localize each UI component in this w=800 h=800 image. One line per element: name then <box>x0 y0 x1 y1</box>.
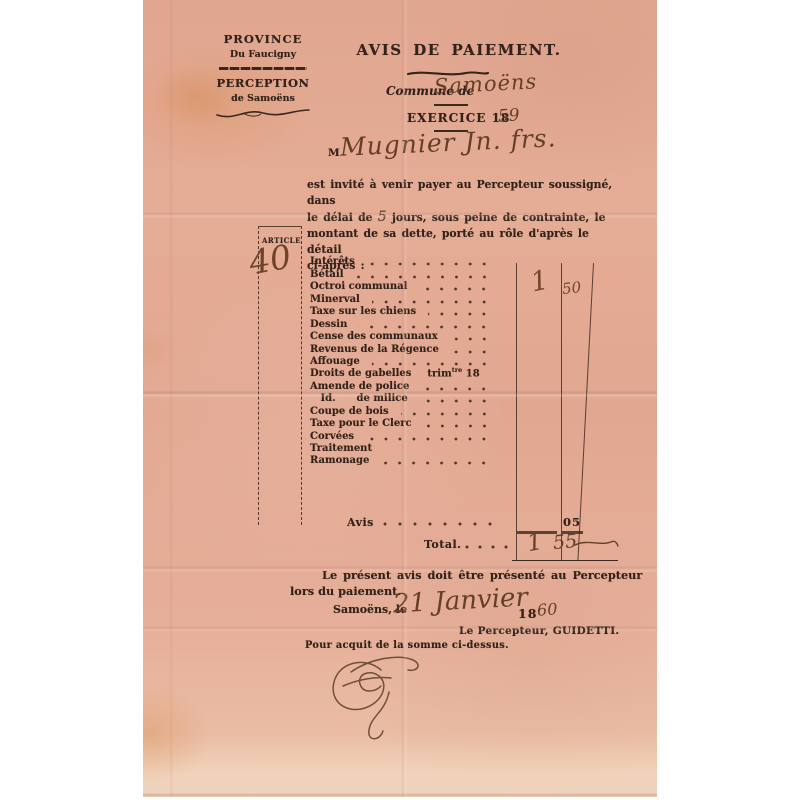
item-label: Taxe pour le Clerc <box>310 418 412 430</box>
dot-leader <box>450 337 496 341</box>
dot-leader <box>421 387 496 391</box>
commune-handwritten: Samoëns <box>433 69 537 98</box>
letterhead-perception-sub: de Samoëns <box>213 93 313 104</box>
dot-leader <box>451 350 496 354</box>
present-notice-line-1: Le présent avis doit être présenté au Pe… <box>322 568 642 582</box>
charge-item-row: Bétail <box>310 268 506 280</box>
notice-line-2: le délai de 5 jours, sous peine de contr… <box>307 209 613 226</box>
item-label: Traitement <box>310 443 372 455</box>
charge-item-row: Minerval <box>310 293 506 305</box>
dot-leader <box>372 300 496 304</box>
article-number-handwritten: 40 <box>246 237 294 283</box>
item-label: Id. de milice <box>310 393 408 405</box>
dot-leader <box>359 325 496 329</box>
item-label: Amende de police <box>310 381 409 393</box>
gabelles-note-base: trim <box>427 368 451 379</box>
signature-scribble <box>323 652 433 747</box>
year-printed: 18 <box>518 606 537 621</box>
charge-item-row: Revenus de la Régence <box>310 343 506 355</box>
dot-leader <box>366 437 496 441</box>
dot-leader <box>356 275 496 279</box>
item-label: Taxe sur les chiens <box>310 306 416 318</box>
dot-leader <box>381 461 496 465</box>
item-label: Cense des communaux <box>310 331 438 343</box>
gabelles-note-year: 18 <box>462 368 479 379</box>
charge-item-row: Amende de police <box>310 380 506 392</box>
dot-leader <box>367 262 496 266</box>
item-label: Intérêts <box>310 256 355 268</box>
avis-centimes-printed: 05 <box>563 515 581 529</box>
charge-item-row: Dessin <box>310 318 506 330</box>
letterhead-perception: PERCEPTION <box>213 76 313 90</box>
letterhead-province-sub: Du Faucigny <box>213 49 313 60</box>
exercice-label: EXERCICE 18 <box>407 111 510 125</box>
letterhead-flourish <box>213 104 313 122</box>
scan-background: PROVINCE Du Faucigny PERCEPTION de Samoë… <box>0 0 800 800</box>
charge-items-list: Intérêts Bétail Octroi communal Minerval… <box>310 256 506 467</box>
charge-item-row: Coupe de bois <box>310 405 506 417</box>
charge-item-row-gabelles: Droits de gabelles trimtre 18 <box>310 368 506 380</box>
item-label: Coupe de bois <box>310 406 389 418</box>
page-title: AVIS DE PAIEMENT. <box>313 41 605 59</box>
addressee-label: M <box>328 147 340 159</box>
entry-centimes-handwritten: 50 <box>561 278 582 298</box>
acquit-line: Pour acquit de la somme ci-dessus. <box>305 640 509 651</box>
dot-leader <box>420 399 496 403</box>
charge-item-row: Id. de milice <box>310 393 506 405</box>
total-flourish <box>573 537 619 549</box>
total-label: Total. <box>424 538 461 551</box>
total-dot-leader <box>465 545 511 549</box>
notice-line-1: est invité à venir payer au Percepteur s… <box>307 177 613 209</box>
notice-line-2-after: jours, sous peine de contrainte, le <box>392 211 605 224</box>
amount-column-line-left <box>516 263 517 560</box>
amount-box-bottom-rule <box>512 560 618 561</box>
item-label: Droits de gabelles <box>310 368 411 380</box>
dot-leader <box>428 312 496 316</box>
exercice-handwritten: 59 <box>497 105 520 126</box>
avis-label: Avis <box>347 516 374 529</box>
year-handwritten: 60 <box>536 599 558 619</box>
charge-item-row: Cense des communaux <box>310 331 506 343</box>
letterhead-divider <box>219 67 307 70</box>
letterhead-province: PROVINCE <box>213 32 313 46</box>
charge-item-row: Ramonage <box>310 455 506 467</box>
dot-leader <box>401 412 496 416</box>
amount-column-line-middle <box>561 263 562 560</box>
date-handwritten: 21 Janvier <box>392 582 528 619</box>
addressee-handwritten: Mugnier Jn. frs. <box>339 123 557 161</box>
charge-item-row: Taxe pour le Clerc <box>310 418 506 430</box>
item-label: Minerval <box>310 294 360 306</box>
dot-leader <box>424 424 496 428</box>
dot-leader <box>419 287 496 291</box>
commune-rule <box>434 104 468 106</box>
charge-item-row: Octroi communal <box>310 281 506 293</box>
document-paper: PROVINCE Du Faucigny PERCEPTION de Samoë… <box>143 0 657 797</box>
percepteur-signature-line: Le Percepteur, GUIDETTI. <box>459 625 619 637</box>
notice-line-3: montant de sa dette, porté au rôle d'apr… <box>307 226 613 258</box>
gabelles-note-sup: tre <box>452 366 463 374</box>
charge-item-row: Taxe sur les chiens <box>310 306 506 318</box>
letterhead: PROVINCE Du Faucigny PERCEPTION de Samoë… <box>213 32 313 122</box>
delay-handwritten: 5 <box>378 209 387 225</box>
item-label: Ramonage <box>310 455 369 467</box>
item-label: Corvées <box>310 431 354 443</box>
charge-item-row: Corvées <box>310 430 506 442</box>
present-notice-line-2: lors du paiement. <box>290 584 401 598</box>
item-label: Dessin <box>310 319 347 331</box>
item-label: Revenus de la Régence <box>310 344 439 356</box>
item-label: Affouage <box>310 356 360 368</box>
item-label: Bétail <box>310 269 344 281</box>
notice-line-2-before: le délai de <box>307 211 373 224</box>
item-label: Octroi communal <box>310 281 407 293</box>
charge-item-row: Intérêts <box>310 256 506 268</box>
charge-item-row: Traitement <box>310 443 506 455</box>
avis-dot-leader <box>383 522 497 526</box>
gabelles-note: trimtre 18 <box>427 364 479 380</box>
